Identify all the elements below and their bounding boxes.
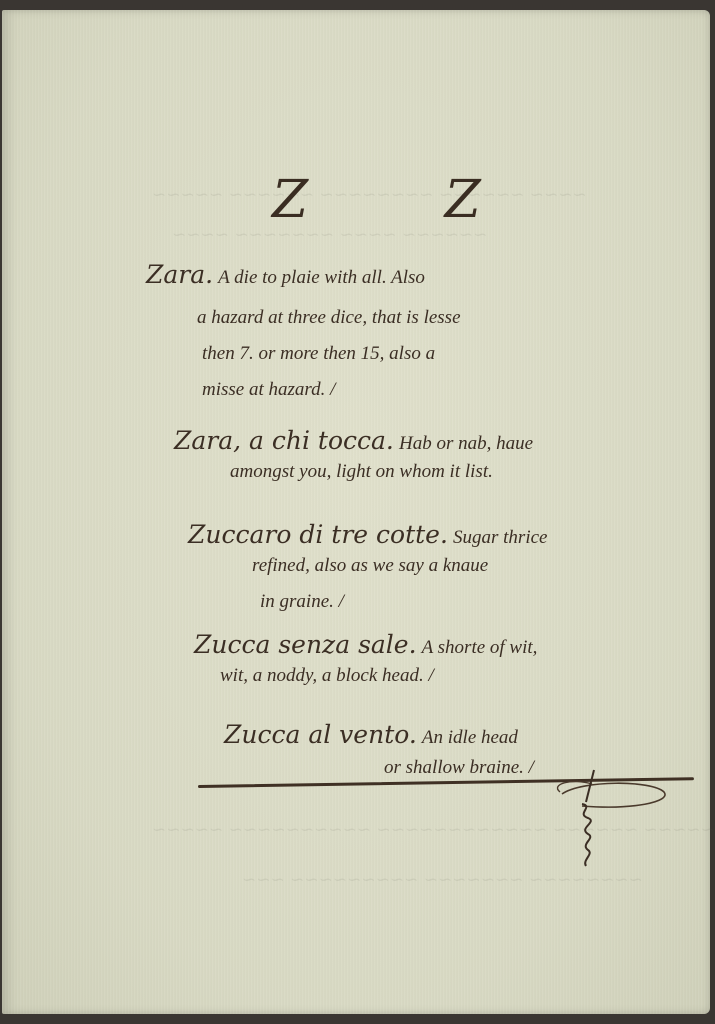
scanned-page-view: ~~~~ ~~~~~~ ~~~~~~~~ ~~~~~~ ~~~~~ ~~~~~~…: [0, 0, 715, 1024]
entry-headword: Zucca senza sale.: [194, 630, 417, 659]
entry-gloss-line: or shallow braine. /: [384, 758, 534, 777]
entry-headword: Zara, a chi tocca.: [174, 426, 394, 455]
entry-gloss-line: Sugar thrice: [453, 527, 547, 548]
bleed-through-text: ~~~~~~~~ ~~~~~~~ ~~~~~~~~~ ~~~: [242, 870, 643, 890]
pen-flourish-icon: [542, 762, 682, 872]
entry-gloss-line: misse at hazard. /: [202, 380, 335, 399]
entry-gloss-line: A shorte of wit,: [422, 637, 538, 658]
entry-gloss-line: wit, a noddy, a block head. /: [220, 666, 434, 685]
manuscript-page: ~~~~ ~~~~~~ ~~~~~~~~ ~~~~~~ ~~~~~ ~~~~~~…: [2, 10, 710, 1014]
entry-gloss-line: then 7. or more then 15, also a: [202, 344, 435, 363]
entry-headword: Zuccaro di tre cotte.: [188, 520, 448, 549]
entry-gloss-line: a hazard at three dice, that is lesse: [197, 308, 461, 327]
entry-gloss-line: A die to plaie with all. Also: [218, 267, 425, 288]
entry-gloss-line: in graine. /: [260, 592, 344, 611]
entry-headword: Zara.: [146, 260, 213, 289]
entry-gloss-line: refined, also as we say a knaue: [252, 556, 488, 575]
entry-gloss-line: Hab or nab, haue: [399, 433, 533, 454]
entry-headword: Zucca al vento.: [224, 720, 417, 749]
entry-gloss-line: An idle head: [422, 727, 518, 748]
section-heading: Z Z: [272, 170, 541, 230]
entry-gloss-line: amongst you, light on whom it list.: [230, 462, 493, 481]
